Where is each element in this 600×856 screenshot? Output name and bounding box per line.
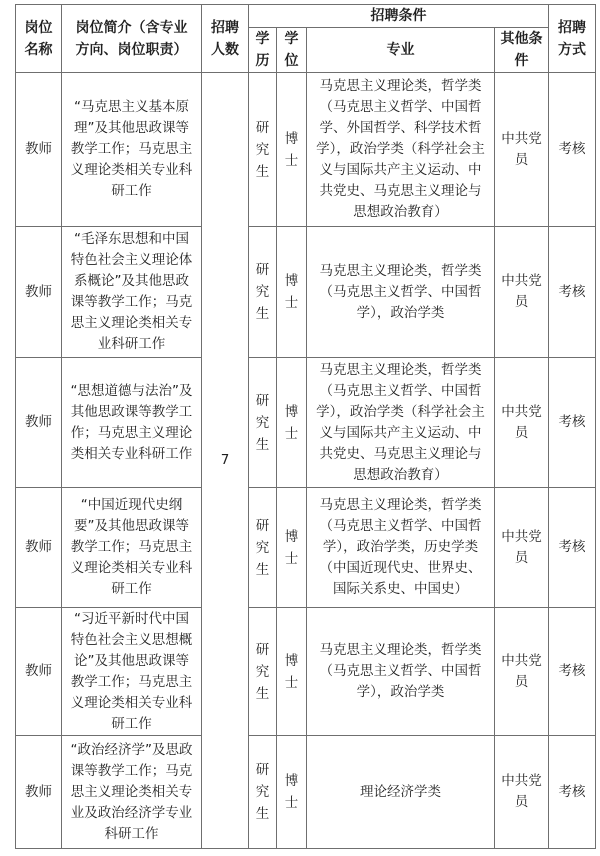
position-name: 教师 xyxy=(16,358,62,488)
recruit-method: 考核 xyxy=(549,488,596,608)
recruit-method: 考核 xyxy=(549,358,596,488)
position-name: 教师 xyxy=(16,736,62,849)
header-recruit-method: 招聘方式 xyxy=(549,5,596,73)
major: 马克思主义理论类，哲学类（马克思主义哲学、中国哲学），政治学类（科学社会主义与国… xyxy=(307,358,495,488)
position-name: 教师 xyxy=(16,73,62,227)
header-row-top: 岗位名称 岗位简介（含专业方向、岗位职责） 招聘人数 招聘条件 招聘方式 xyxy=(16,5,596,28)
major: 马克思主义理论类，哲学类（马克思主义哲学、中国哲学），政治学类 xyxy=(307,227,495,358)
recruit-method: 考核 xyxy=(549,227,596,358)
position-intro: “习近平新时代中国特色社会主义思想概论”及其他思政课等教学工作；马克思主义理论类… xyxy=(62,608,202,736)
other-conditions: 中共党员 xyxy=(495,358,549,488)
table-row: 教师 “政治经济学”及思政课等教学工作；马克思主义理论类相关专业及政治经济学专业… xyxy=(16,736,596,849)
major: 理论经济学类 xyxy=(307,736,495,849)
recruitment-table: 岗位名称 岗位简介（含专业方向、岗位职责） 招聘人数 招聘条件 招聘方式 学历 … xyxy=(15,4,596,849)
position-name: 教师 xyxy=(16,608,62,736)
header-headcount: 招聘人数 xyxy=(202,5,249,73)
position-intro: “马克思主义基本原理”及其他思政课等教学工作；马克思主义理论类相关专业科研工作 xyxy=(62,73,202,227)
position-intro: “政治经济学”及思政课等教学工作；马克思主义理论类相关专业及政治经济学专业科研工… xyxy=(62,736,202,849)
major: 马克思主义理论类，哲学类（马克思主义哲学、中国哲学），政治学类 xyxy=(307,608,495,736)
major: 马克思主义理论类，哲学类（马克思主义哲学、中国哲学、外国哲学、科学技术哲学），政… xyxy=(307,73,495,227)
degree: 博士 xyxy=(277,73,307,227)
degree: 博士 xyxy=(277,608,307,736)
degree: 博士 xyxy=(277,736,307,849)
position-intro: “毛泽东思想和中国特色社会主义理论体系概论”及其他思政课等教学工作；马克思主义理… xyxy=(62,227,202,358)
recruit-method: 考核 xyxy=(549,73,596,227)
header-position-intro: 岗位简介（含专业方向、岗位职责） xyxy=(62,5,202,73)
other-conditions: 中共党员 xyxy=(495,488,549,608)
education: 研究生 xyxy=(249,736,277,849)
other-conditions: 中共党员 xyxy=(495,736,549,849)
education: 研究生 xyxy=(249,608,277,736)
recruit-method: 考核 xyxy=(549,608,596,736)
other-conditions: 中共党员 xyxy=(495,73,549,227)
table-row: 教师 “马克思主义基本原理”及其他思政课等教学工作；马克思主义理论类相关专业科研… xyxy=(16,73,596,227)
table-row: 教师 “思想道德与法治”及其他思政课等教学工作；马克思主义理论类相关专业科研工作… xyxy=(16,358,596,488)
position-name: 教师 xyxy=(16,227,62,358)
header-degree: 学位 xyxy=(277,28,307,73)
table-row: 教师 “习近平新时代中国特色社会主义思想概论”及其他思政课等教学工作；马克思主义… xyxy=(16,608,596,736)
header-education: 学历 xyxy=(249,28,277,73)
education: 研究生 xyxy=(249,358,277,488)
headcount: 7 xyxy=(202,73,249,849)
table-row: 教师 “中国近现代史纲要”及其他思政课等教学工作；马克思主义理论类相关专业科研工… xyxy=(16,488,596,608)
recruit-method: 考核 xyxy=(549,736,596,849)
header-conditions-group: 招聘条件 xyxy=(249,5,549,28)
position-intro: “思想道德与法治”及其他思政课等教学工作；马克思主义理论类相关专业科研工作 xyxy=(62,358,202,488)
major: 马克思主义理论类，哲学类（马克思主义哲学、中国哲学），政治学类，历史学类（中国近… xyxy=(307,488,495,608)
header-other-conditions: 其他条件 xyxy=(495,28,549,73)
degree: 博士 xyxy=(277,227,307,358)
position-name: 教师 xyxy=(16,488,62,608)
education: 研究生 xyxy=(249,227,277,358)
degree: 博士 xyxy=(277,358,307,488)
education: 研究生 xyxy=(249,73,277,227)
education: 研究生 xyxy=(249,488,277,608)
table-row: 教师 “毛泽东思想和中国特色社会主义理论体系概论”及其他思政课等教学工作；马克思… xyxy=(16,227,596,358)
header-position-name: 岗位名称 xyxy=(16,5,62,73)
position-intro: “中国近现代史纲要”及其他思政课等教学工作；马克思主义理论类相关专业科研工作 xyxy=(62,488,202,608)
other-conditions: 中共党员 xyxy=(495,227,549,358)
header-major: 专业 xyxy=(307,28,495,73)
other-conditions: 中共党员 xyxy=(495,608,549,736)
degree: 博士 xyxy=(277,488,307,608)
